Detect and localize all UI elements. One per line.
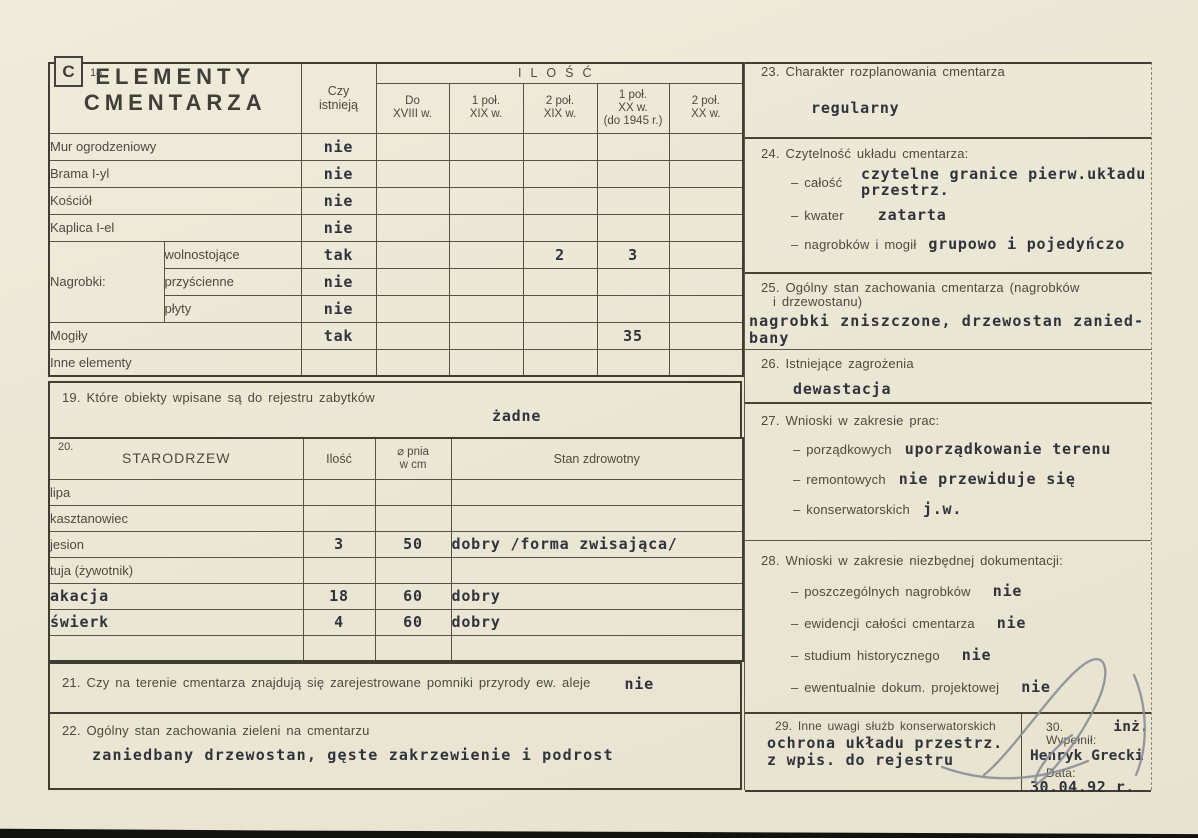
section-24-item-whole: – całość czytelne granice pierw.układu p… [775,166,1151,198]
element-label: Mur ogrodzeniowy [49,133,301,160]
element-label: Kościół [49,187,301,214]
qty-value [669,268,743,295]
filled-by-degree: inż. [1113,719,1149,735]
tree-count: 18 [303,583,375,609]
col-header-exists-line2: istnieją [302,98,376,112]
qty-value [597,187,669,214]
tree-count [303,505,375,531]
qty-value [523,295,597,322]
qty-value [597,133,669,160]
table-row-chapel: Kaplica I-el nie [49,214,743,241]
section-29-label: 29. Inne uwagi służb konserwatorskich [775,720,1019,733]
section-28-label: 28. Wnioski w zakresie niezbędnej dokume… [761,553,1151,568]
item-label: – poszczególnych nagrobków [791,584,971,599]
tree-health: dobry [451,583,743,609]
qty-value: 35 [597,322,669,349]
form-part-marker-box: C [54,56,83,87]
section-22-value: zaniedbany drzewostan, gęste zakrzewieni… [92,746,740,764]
col-header-exists-line1: Czy [302,84,376,98]
tree-diameter [375,635,451,661]
qty-value [597,160,669,187]
table-row-wall: Mur ogrodzeniowy nie [49,133,743,160]
tree-label [49,635,303,661]
tree-label-typed: świerk [49,609,303,635]
col-header-trunk-diameter: ⌀ pnia w cm [375,438,451,479]
group-label-tombstones: Nagrobki: [49,241,164,322]
exists-value: nie [301,187,376,214]
right-column: 23. Charakter rozplanowania cmentarza re… [744,62,1152,790]
tree-label: jesion [49,531,303,557]
exists-value: nie [301,214,376,241]
section-25-value-line2: bany [749,330,1151,347]
qty-value [597,295,669,322]
qty-value [669,241,743,268]
item-label: – porządkowych [793,442,892,457]
tree-row-linden: lipa [49,479,743,505]
section-29-value-line1: ochrona układu przestrz. [767,735,1019,752]
tree-health: dobry [451,609,743,635]
section-24-item-tombstones: – nagrobków i mogił grupowo i pojedyńczo [775,235,1151,253]
qty-value [597,349,669,376]
qty-value [523,187,597,214]
col-header-exists: Czy istnieją [301,63,376,133]
section-21-nature-monuments: 21. Czy na terenie cmentarza znajdują si… [48,662,742,712]
tree-diameter [375,505,451,531]
item-value: nie [962,646,992,664]
qty-value [669,187,743,214]
section-23-layout-character: 23. Charakter rozplanowania cmentarza re… [745,64,1151,137]
section-28-item-project-documentation: – ewentualnie dokum. projektowej nie [775,678,1151,696]
qty-value: 3 [597,241,669,268]
tree-count: 3 [303,531,375,557]
item-value: zatarta [878,206,947,224]
qty-value [449,160,523,187]
qty-value [597,268,669,295]
qty-value [523,214,597,241]
tree-count [303,635,375,661]
col-header-1h-xix: 1 poł. XIX w. [449,83,523,133]
col-line: XVIII w. [377,108,449,121]
item-value-line: przestrz. [861,182,1146,198]
tree-health [451,505,743,531]
tree-count [303,557,375,583]
exists-value [301,349,376,376]
section-21-label: 21. Czy na terenie cmentarza znajdują si… [62,675,591,690]
qty-value [376,295,449,322]
tree-diameter: 50 [375,531,451,557]
qty-value [376,322,449,349]
col-header-2h-xx: 2 poł. XX w. [669,83,743,133]
tree-count [303,479,375,505]
qty-value [523,133,597,160]
element-label: Brama I-yl [49,160,301,187]
qty-value [597,214,669,241]
section-19-label: 19. Które obiekty wpisane są do rejestru… [62,390,740,405]
element-label: Kaplica I-el [49,214,301,241]
col-header-count: Ilość [303,438,375,479]
qty-value [449,214,523,241]
section-20-number: 20. [58,441,73,453]
section-28-item-individual-tombstones: – poszczególnych nagrobków nie [775,582,1151,600]
section-24-layout-legibility: 24. Czytelność układu cmentarza: – całoś… [745,137,1151,272]
col-header-1h-xx: 1 poł. XX w. (do 1945 r.) [597,83,669,133]
section-27-work-recommendations: 27. Wnioski w zakresie prac: – porządkow… [745,402,1151,540]
tree-count: 4 [303,609,375,635]
tree-label: kasztanowiec [49,505,303,531]
tree-row-spruce: świerk 4 60 dobry [49,609,743,635]
item-value: uporządkowanie terenu [905,440,1111,458]
qty-value [523,160,597,187]
item-value: nie przewiduje się [899,470,1076,488]
scan-edge-artifact [0,822,1198,838]
item-label: – remontowych [793,472,886,487]
qty-value [449,322,523,349]
section-23-label: 23. Charakter rozplanowania cmentarza [761,64,1151,79]
col-header-quantity: ILOŚĆ [376,63,743,83]
col-line: XIX w. [524,108,597,121]
item-value: nie [1021,678,1051,696]
tree-health: dobry /forma zwisająca/ [451,531,743,557]
element-label: Inne elementy [49,349,301,376]
qty-value [376,349,449,376]
item-value: czytelne granice pierw.układu przestrz. [861,166,1146,198]
exists-value: tak [301,241,376,268]
qty-value [449,295,523,322]
qty-value [376,133,449,160]
table-title-line1: ELEMENTY [50,64,301,90]
section-23-value: regularny [811,99,1151,117]
date-value: 30.04.92 r. [1030,778,1149,796]
qty-value [523,349,597,376]
col-line: XIX w. [450,108,523,121]
qty-value [449,241,523,268]
qty-value [669,214,743,241]
section-19-value: żadne [492,407,541,425]
section-29-30-row: 29. Inne uwagi służb konserwatorskich oc… [745,712,1151,792]
section-29-conservator-remarks: 29. Inne uwagi służb konserwatorskich oc… [745,714,1021,790]
section-26-value: dewastacja [793,380,1151,398]
col-line: 2 poł. [524,95,597,108]
table-row-graves: Mogiły tak 35 [49,322,743,349]
section-27-item-renovation: – remontowych nie przewiduje się [777,470,1151,488]
tree-label: tuja (żywotnik) [49,557,303,583]
old-trees-title-cell: 20. STARODRZEW [49,438,303,479]
col-header-health: Stan zdrowotny [451,438,743,479]
col-line: w cm [376,459,451,472]
section-28-item-whole-cemetery-record: – ewidencji całości cmentarza nie [775,614,1151,632]
section-19-registered-objects: 19. Które obiekty wpisane są do rejestru… [48,381,742,437]
table-row-tombstones-freestanding: Nagrobki: wolnostojące tak 2 3 [49,241,743,268]
tree-label-typed: akacja [49,583,303,609]
section-28-documentation-recommendations: 28. Wnioski w zakresie niezbędnej dokume… [745,540,1151,712]
section-27-item-tidying: – porządkowych uporządkowanie terenu [777,440,1151,458]
old-trees-header-row: 20. STARODRZEW Ilość ⌀ pnia w cm Stan zd… [49,438,743,479]
table-row-church: Kościół nie [49,187,743,214]
cemetery-elements-table: 18. ELEMENTY CMENTARZA Czy istnieją ILOŚ… [48,62,744,377]
table-title-cell: 18. ELEMENTY CMENTARZA [49,63,301,133]
element-label: Mogiły [49,322,301,349]
exists-value: nie [301,133,376,160]
col-line: 1 poł. [598,89,669,102]
item-value: j.w. [923,500,962,518]
section-25-value: nagrobki zniszczone, drzewostan zanied- … [749,313,1151,347]
tree-row-chestnut: kasztanowiec [49,505,743,531]
qty-value [449,133,523,160]
item-label: – kwater [791,208,844,223]
col-line: XX w. [598,102,669,115]
qty-value [669,349,743,376]
tree-row-acacia: akacja 18 60 dobry [49,583,743,609]
item-value: nie [997,614,1027,632]
qty-value [449,268,523,295]
item-value: nie [993,582,1023,600]
qty-value [669,295,743,322]
section-22-label: 22. Ogólny stan zachowania zieleni na cm… [62,723,740,738]
col-line: ⌀ pnia [376,446,451,459]
exists-value: tak [301,322,376,349]
col-line: 2 poł. [670,95,743,108]
section-25-label-line2: i drzewostanu) [773,295,1151,309]
item-label: – ewentualnie dokum. projektowej [791,680,999,695]
tree-health [451,479,743,505]
exists-value: nie [301,268,376,295]
item-label: – ewidencji całości cmentarza [791,616,975,631]
qty-value [376,268,449,295]
table-title-line2: CMENTARZA [50,90,301,116]
col-line: 1 poł. [450,95,523,108]
filled-by-line: 30. Wypełnił: inż. [1030,719,1149,747]
table-row-gate: Brama I-yl nie [49,160,743,187]
qty-value [669,160,743,187]
tree-row-thuja: tuja (żywotnik) [49,557,743,583]
section-28-item-historical-study: – studium historycznego nie [775,646,1151,664]
section-26-label: 26. Istniejące zagrożenia [761,356,1151,371]
section-22-greenery-condition: 22. Ogólny stan zachowania zieleni na cm… [48,712,742,790]
qty-value [449,349,523,376]
tree-diameter: 60 [375,609,451,635]
section-25-label-line1: 25. Ogólny stan zachowania cmentarza (na… [761,281,1151,295]
item-label: – studium historycznego [791,648,940,663]
section-27-item-conservation: – konserwatorskich j.w. [777,500,1151,518]
qty-value [376,187,449,214]
table-header-row: 18. ELEMENTY CMENTARZA Czy istnieją ILOŚ… [49,63,743,83]
section-29-value: ochrona układu przestrz. z wpis. do reje… [767,735,1019,769]
exists-value: nie [301,160,376,187]
old-trees-title: STARODRZEW [122,450,231,466]
section-24-item-quarters: – kwater zatarta [775,206,1151,224]
section-30-label: 30. Wypełnił: [1046,721,1111,747]
qty-value [669,322,743,349]
element-sublabel: przyścienne [164,268,301,295]
qty-value [523,322,597,349]
section-30-filled-by: 30. Wypełnił: inż. Henryk Grecki Data: 3… [1021,714,1151,790]
element-sublabel: wolnostojące [164,241,301,268]
cemetery-record-form-scan: C 18. ELEMENTY CMENTARZA Czy istnieją IL… [0,0,1198,838]
qty-value [376,214,449,241]
section-21-value: nie [625,675,655,693]
item-label: – nagrobków i mogił [791,237,916,252]
qty-value [669,133,743,160]
section-26-existing-threats: 26. Istniejące zagrożenia dewastacja [745,349,1151,402]
col-line: Do [377,95,449,108]
section-29-value-line2: z wpis. do rejestru [767,752,1019,769]
col-line: XX w. [670,108,743,121]
qty-value [449,187,523,214]
item-label: – całość [791,175,849,190]
tree-row-ash: jesion 3 50 dobry /forma zwisająca/ [49,531,743,557]
section-25-value-line1: nagrobki zniszczone, drzewostan zanied- [749,313,1151,330]
section-24-label: 24. Czytelność układu cmentarza: [761,146,1151,161]
item-label: – konserwatorskich [793,502,910,517]
qty-value [523,268,597,295]
tree-health [451,635,743,661]
col-header-to-xviii: Do XVIII w. [376,83,449,133]
exists-value: nie [301,295,376,322]
tree-health [451,557,743,583]
tree-diameter: 60 [375,583,451,609]
item-value-line: czytelne granice pierw.układu [861,166,1146,182]
qty-value [376,241,449,268]
table-row-other-elements: Inne elementy [49,349,743,376]
tree-diameter [375,557,451,583]
element-sublabel: płyty [164,295,301,322]
item-value: grupowo i pojedyńczo [928,235,1125,253]
col-header-2h-xix: 2 poł. XIX w. [523,83,597,133]
qty-value [376,160,449,187]
col-line: (do 1945 r.) [598,115,669,128]
section-25-preservation-state: 25. Ogólny stan zachowania cmentarza (na… [745,272,1151,349]
qty-value: 2 [523,241,597,268]
filled-by-name: Henryk Grecki [1030,748,1149,764]
tree-diameter [375,479,451,505]
form-part-letter: C [62,62,74,82]
section-18-number: 18. [90,67,105,79]
section-27-label: 27. Wnioski w zakresie prac: [761,413,1151,428]
tree-label: lipa [49,479,303,505]
tree-row-empty [49,635,743,661]
old-trees-table: 20. STARODRZEW Ilość ⌀ pnia w cm Stan zd… [48,437,744,662]
